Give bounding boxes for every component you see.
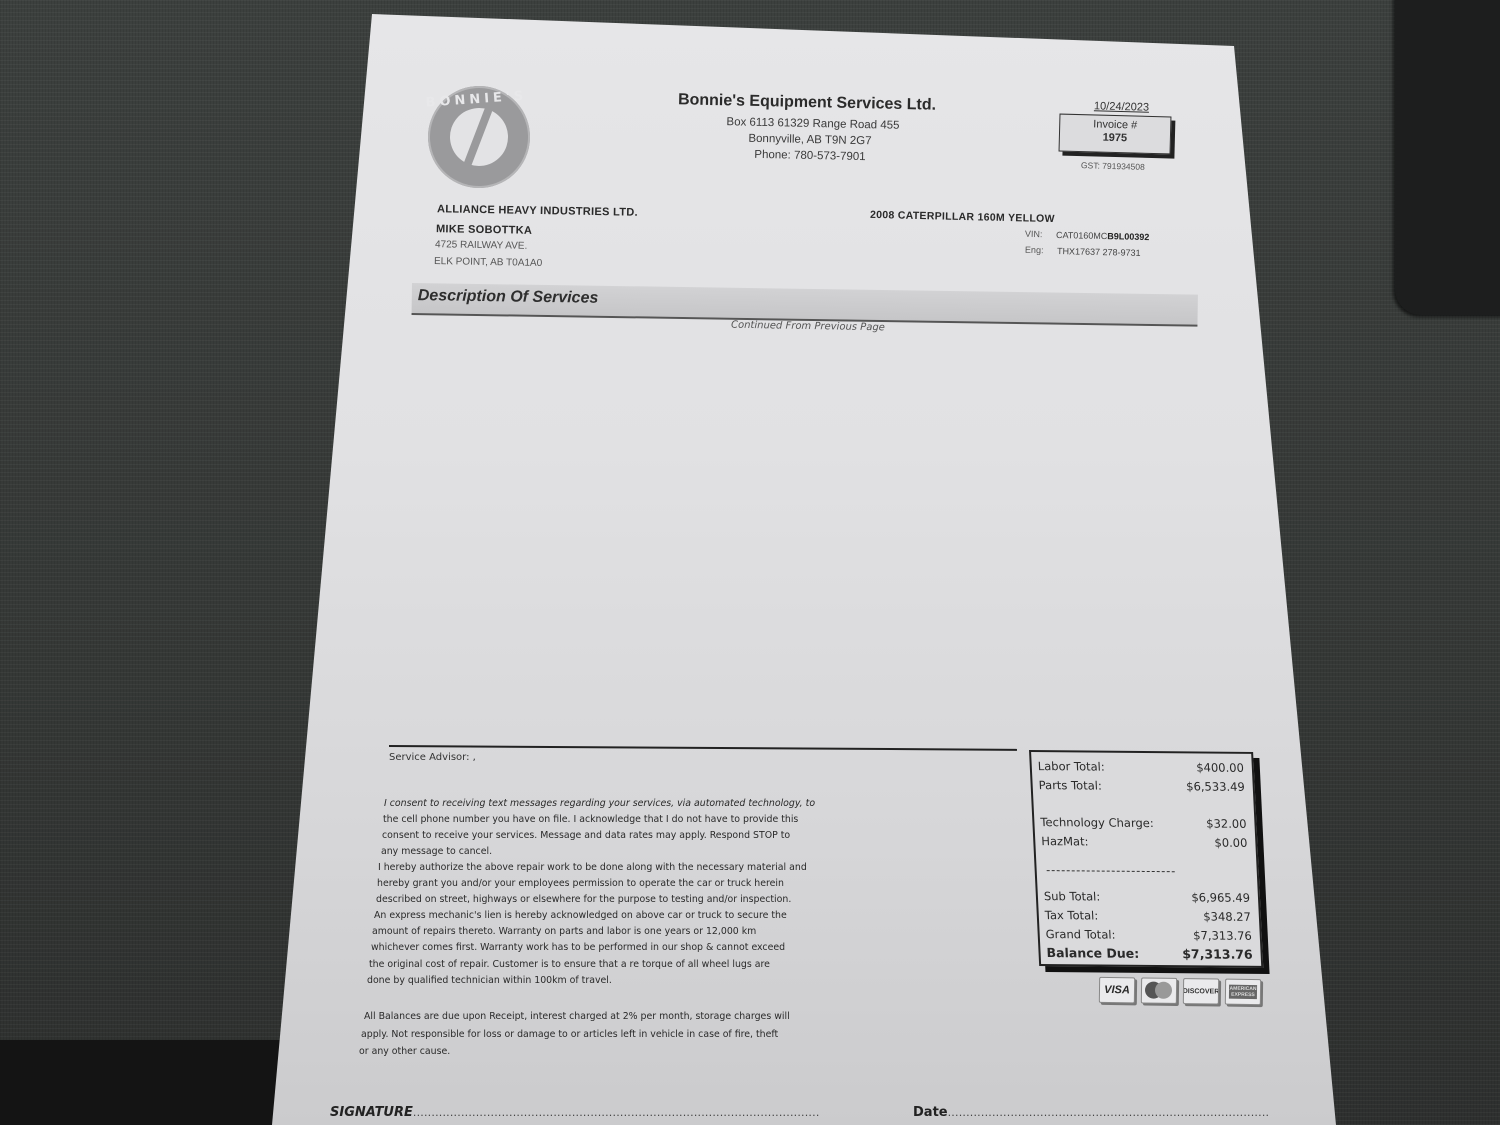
authorization-line: amount of repairs thereto. Warranty on p… (366, 924, 807, 940)
mastercard-icon (1141, 977, 1177, 1004)
signature-dots: ........................................… (413, 1106, 820, 1119)
gst-number: GST: 791934508 (1081, 160, 1145, 172)
labor-total-row: Labor Total: $400.00 (1037, 759, 1244, 775)
authorization-terms: I hereby authorize the above repair work… (366, 860, 807, 989)
authorization-line: I hereby authorize the above repair work… (366, 860, 807, 876)
customer-street: 4725 RAILWAY AVE. (435, 239, 527, 252)
date-label: Date (913, 1105, 948, 1120)
sub-total-row: Sub Total: $6,965.49 (1044, 889, 1251, 905)
balance-terms: All Balances are due upon Receipt, inter… (359, 1008, 790, 1061)
customer-contact: MIKE SOBOTTKA (436, 223, 532, 237)
payment-methods: VISA DISCOVER AMERICAN EXPRESS (1099, 977, 1261, 1005)
grand-total-label: Grand Total: (1045, 927, 1115, 942)
invoice-number-box: Invoice # 1975 (1059, 114, 1172, 155)
authorization-line: hereby grant you and/or your employees p… (366, 876, 807, 892)
parts-total-row: Parts Total: $6,533.49 (1038, 778, 1245, 794)
totals-dashed-divider (1047, 870, 1175, 872)
signature-label: SIGNATURE (330, 1105, 413, 1120)
grand-total-value: $7,313.76 (1193, 928, 1252, 943)
balance-line: All Balances are due upon Receipt, inter… (359, 1008, 790, 1026)
visa-card-icon: VISA (1099, 977, 1135, 1004)
labor-total-value: $400.00 (1196, 760, 1244, 774)
discover-card-icon: DISCOVER (1183, 978, 1219, 1005)
vin-value: CAT0160MCB9L00392 (1056, 230, 1150, 242)
parts-total-label: Parts Total: (1038, 778, 1102, 793)
service-advisor: Service Advisor: , (389, 752, 476, 763)
authorization-line: whichever comes first. Warranty work has… (366, 940, 807, 956)
date-line[interactable]: Date....................................… (913, 1105, 1269, 1120)
consent-line: I consent to receiving text messages reg… (381, 796, 815, 812)
balance-line: or any other cause. (359, 1043, 790, 1061)
technology-charge-row: Technology Charge: $32.00 (1040, 815, 1247, 831)
sub-total-value: $6,965.49 (1191, 890, 1250, 905)
consent-line: any message to cancel. (381, 844, 815, 860)
grand-total-row: Grand Total: $7,313.76 (1045, 927, 1252, 943)
vin-suffix: B9L00392 (1107, 231, 1149, 242)
device-corner (1395, 0, 1500, 315)
amex-card-icon: AMERICAN EXPRESS (1225, 979, 1261, 1006)
invoice-date: 10/24/2023 (1094, 100, 1149, 113)
totals-box: Labor Total: $400.00 Parts Total: $6,533… (1029, 750, 1263, 968)
authorization-line: An express mechanic's lien is hereby ack… (366, 908, 807, 924)
labor-total-label: Labor Total: (1037, 759, 1105, 774)
hazmat-value: $0.00 (1214, 836, 1248, 850)
technology-charge-value: $32.00 (1206, 817, 1247, 831)
technology-charge-label: Technology Charge: (1040, 815, 1154, 830)
tax-total-label: Tax Total: (1044, 908, 1098, 922)
consent-terms: I consent to receiving text messages reg… (381, 796, 815, 860)
balance-due-row: Balance Due: $7,313.76 (1046, 945, 1253, 962)
vin-label: VIN: (1025, 229, 1043, 239)
customer-city: ELK POINT, AB T0A1A0 (434, 256, 542, 269)
consent-line: the cell phone number you have on file. … (381, 812, 815, 828)
authorization-line: described on street, highways or elsewhe… (366, 892, 807, 908)
services-title: Description Of Services (418, 287, 599, 308)
authorization-line: done by qualified technician within 100k… (366, 973, 807, 989)
engine-label: Eng: (1025, 245, 1044, 255)
hazmat-row: HazMat: $0.00 (1041, 834, 1248, 850)
tax-total-row: Tax Total: $348.27 (1044, 908, 1251, 924)
balance-line: apply. Not responsible for loss or damag… (359, 1026, 790, 1044)
vin-prefix: CAT0160MC (1056, 230, 1108, 241)
signature-line[interactable]: SIGNATURE...............................… (330, 1105, 820, 1120)
invoice-number: 1975 (1060, 131, 1170, 146)
balance-due-value: $7,313.76 (1182, 946, 1253, 962)
date-dots: ........................................… (948, 1106, 1270, 1119)
parts-total-value: $6,533.49 (1186, 779, 1245, 794)
sub-total-label: Sub Total: (1044, 889, 1101, 903)
consent-line: consent to receive your services. Messag… (381, 828, 815, 844)
hazmat-label: HazMat: (1041, 834, 1089, 848)
tax-total-value: $348.27 (1203, 909, 1251, 923)
balance-due-label: Balance Due: (1046, 945, 1139, 961)
authorization-line: the original cost of repair. Customer is… (366, 957, 807, 973)
engine-value: THX17637 278-9731 (1057, 246, 1141, 258)
